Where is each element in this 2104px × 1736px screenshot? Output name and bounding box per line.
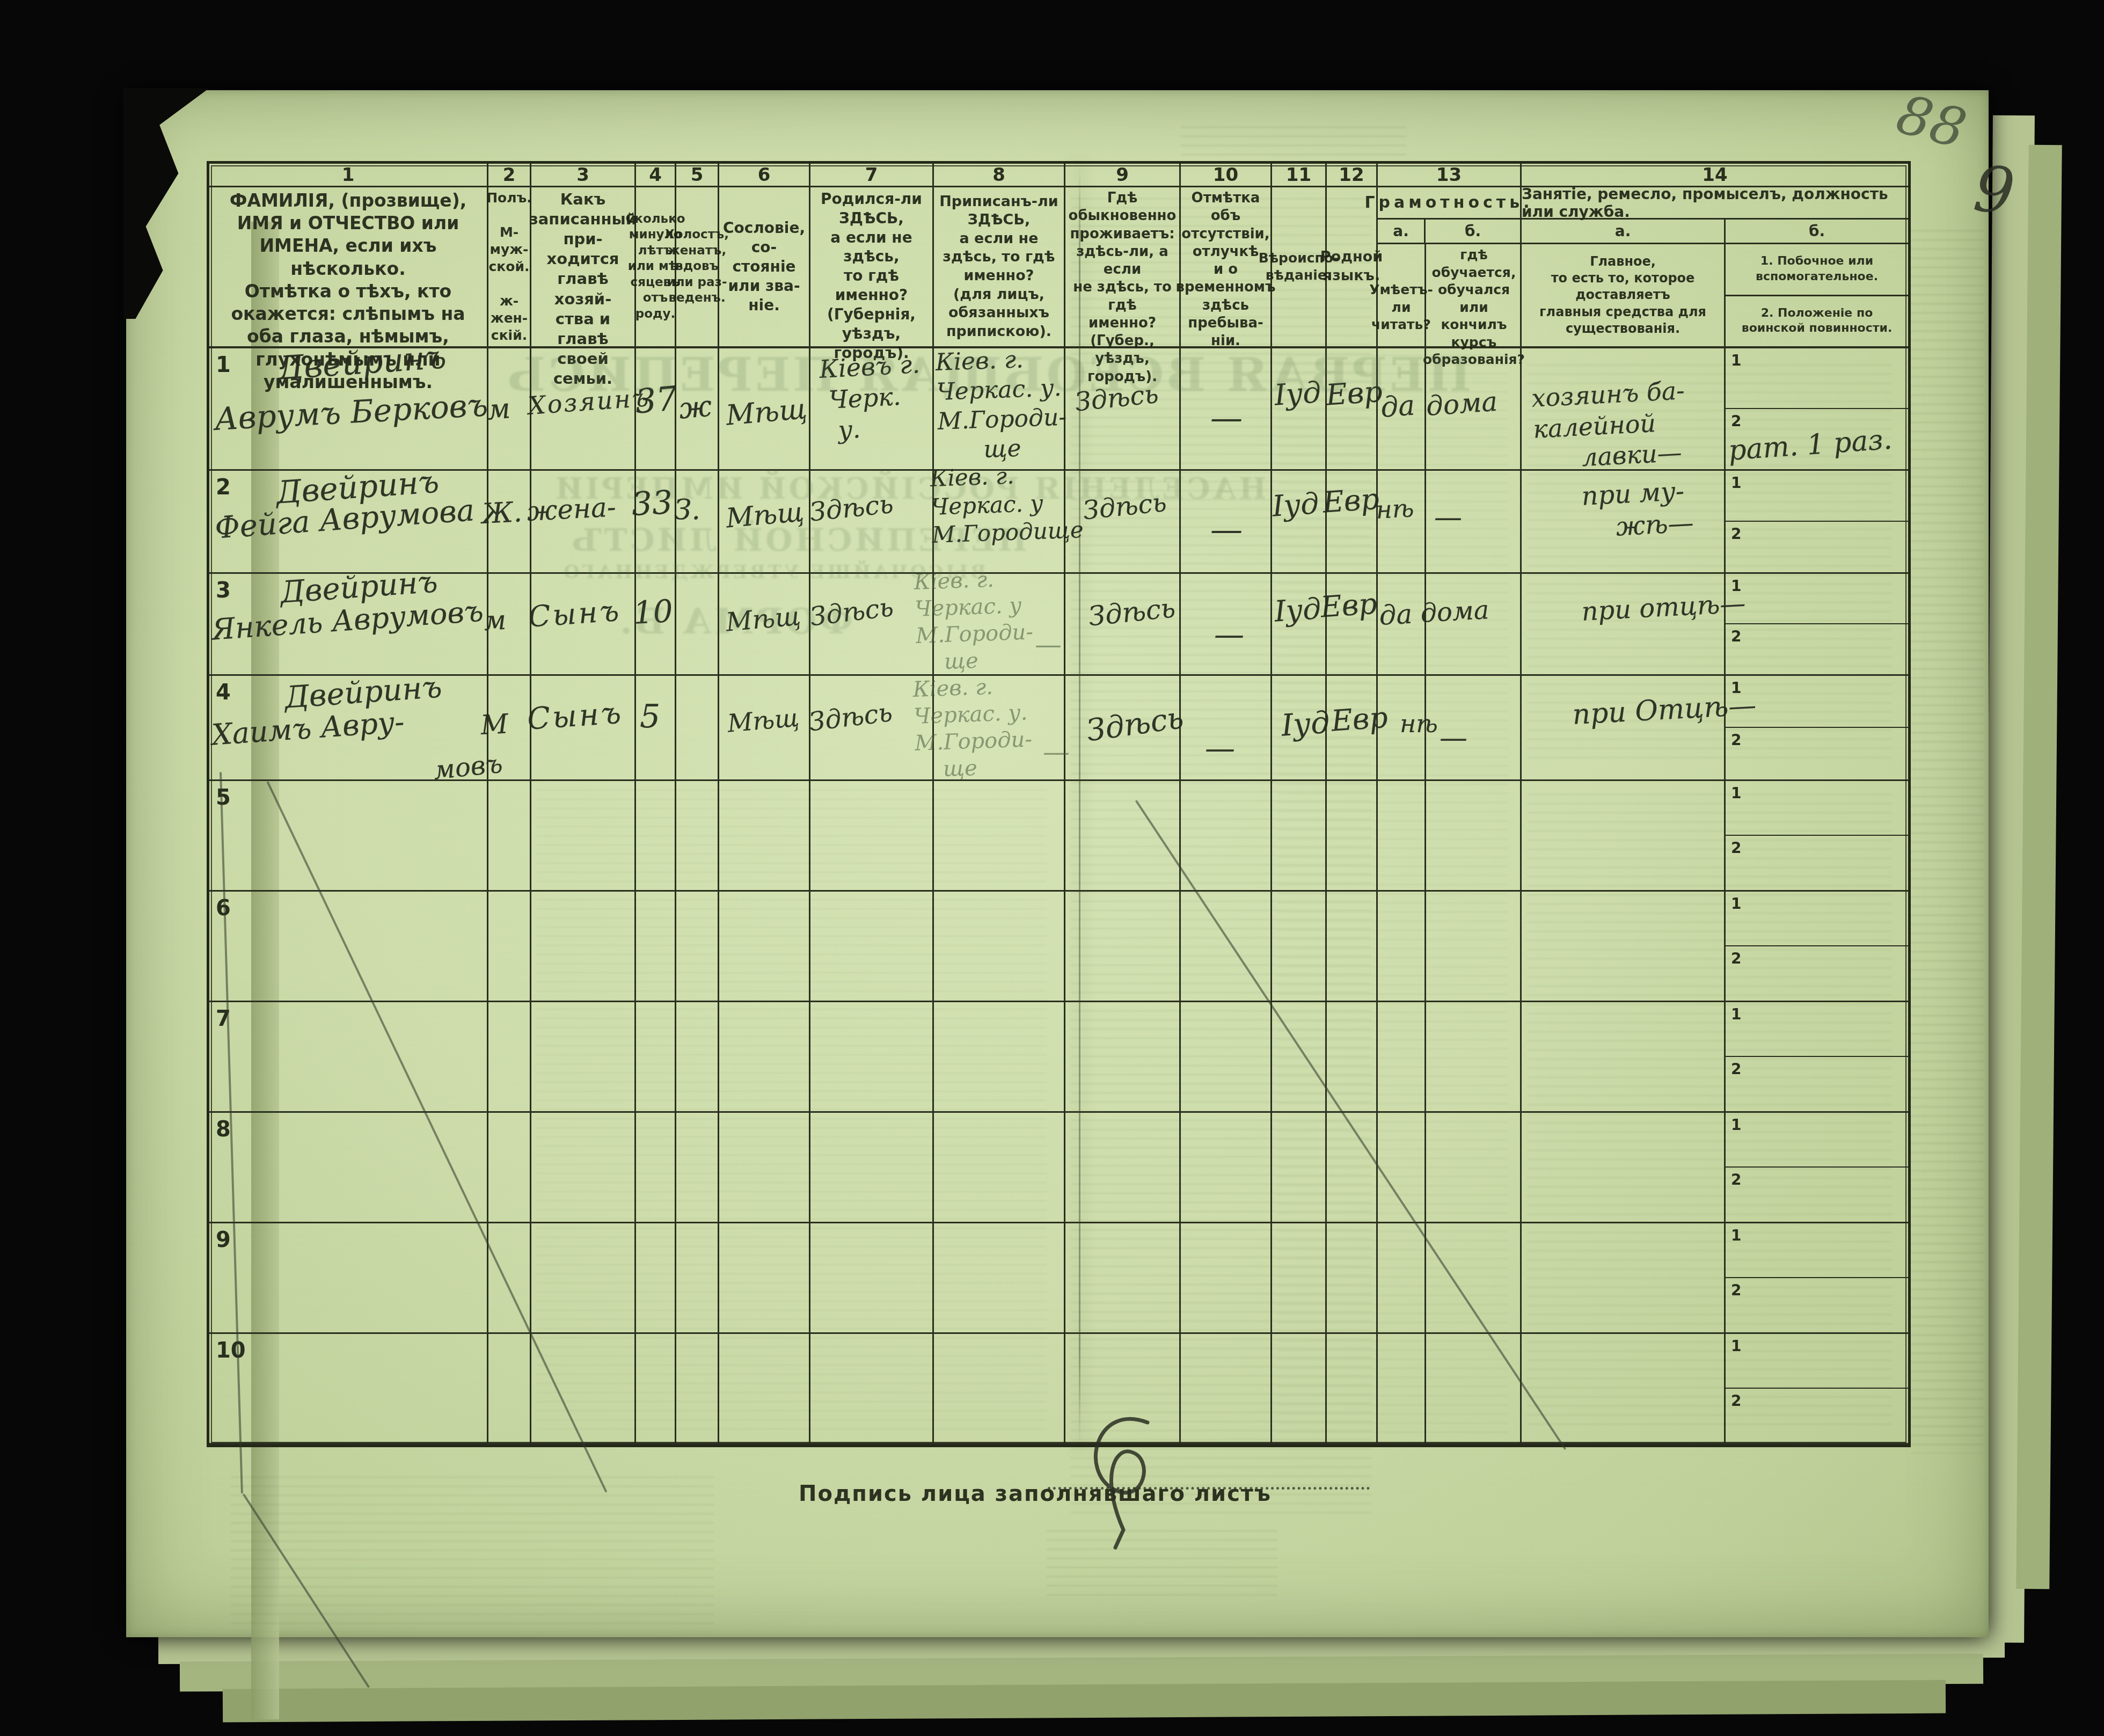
column-number: 8 [934,164,1064,187]
cell-estate [719,1113,810,1222]
cell-education [1426,574,1522,674]
cell-estate [719,348,810,469]
cell-age [636,574,676,674]
table-row: 3 1 2 [209,574,1908,676]
cell-can-read [1378,1334,1426,1443]
table-header: 1 ФАМИЛІЯ, (прозвище), ИМЯ и ОТЧЕСТВО ил… [209,164,1908,348]
subcell-number: 2 [1731,628,1741,645]
cell-marital [676,781,719,890]
cell-main-occupation [1522,1223,1726,1332]
subcell-military: 2 [1726,1389,1908,1443]
cell-marital [676,1002,719,1111]
cell-sex [488,1334,531,1443]
cell-religion [1272,348,1327,469]
cell-main-occupation [1522,676,1726,779]
subcell-number: 2 [1731,525,1741,543]
header-label-registration: Приписанъ-ли ЗДѢСЬ, а если не здѣсь, то … [934,187,1064,346]
cell-side-occupation: 1 2 [1726,1334,1908,1443]
table-row: 10 1 2 [209,1334,1908,1445]
header-col-9: 9 Гдѣ обыкновенно проживаетъ: здѣсь-ли, … [1065,164,1181,346]
header-sublabel-b: б. [1726,220,1908,243]
subcell-side: 1 [1726,1002,1908,1057]
row-number: 7 [216,1006,231,1031]
table-row: 7 1 2 [209,1002,1908,1113]
cell-residence [1065,781,1181,890]
cell-estate [719,1334,810,1443]
cell-sex [488,574,531,674]
subcell-military: 2 [1726,409,1908,470]
table-row: 1 1 2 [209,348,1908,471]
signature-flourish [1067,1409,1180,1554]
cell-language [1327,892,1378,1001]
cell-can-read [1378,1113,1426,1222]
cell-relation [531,348,636,469]
cell-birthplace [810,1334,934,1443]
cell-residence [1065,676,1181,779]
cell-absence [1181,1113,1272,1222]
cell-can-read [1378,471,1426,572]
cell-sex [488,348,531,469]
cell-age [636,676,676,779]
bleed-through-block [231,1476,714,1632]
row-number: 9 [216,1228,231,1252]
cell-name: 4 [209,676,488,779]
cell-marital [676,574,719,674]
cell-religion [1272,1113,1327,1222]
cell-registration [934,1223,1065,1332]
cell-estate [719,574,810,674]
cell-birthplace [810,1002,934,1111]
subcell-number: 1 [1731,577,1741,595]
bleed-through-block [1181,126,1406,156]
cell-estate [719,471,810,572]
table-row: 4 1 2 [209,676,1908,781]
header-desc-military-duty: 2. Положеніе по воинской повинности. [1726,296,1908,347]
cell-can-read [1378,781,1426,890]
subcell-number: 1 [1731,1116,1741,1134]
column-number: 9 [1065,164,1179,187]
subcell-number: 2 [1731,1060,1741,1078]
cell-name: 1 [209,348,488,469]
cell-side-occupation: 1 2 [1726,471,1908,572]
cell-can-read [1378,1223,1426,1332]
column-number: 5 [676,164,718,187]
cell-main-occupation [1522,574,1726,674]
header-title-literacy: Грамотность. [1378,187,1520,220]
subcell-number: 2 [1731,839,1741,857]
cell-relation [531,1223,636,1332]
subcell-side: 1 [1726,892,1908,946]
cell-name: 2 [209,471,488,572]
cell-estate [719,892,810,1001]
row-number: 4 [216,680,231,705]
cell-residence [1065,1113,1181,1222]
header-label-marital: Холостъ, женатъ, вдовъ или раз- веденъ. [676,187,718,346]
cell-registration [934,1002,1065,1111]
column-number: 10 [1181,164,1270,187]
cell-main-occupation [1522,471,1726,572]
header-label-absence: Отмѣтка объ отсутствіи, отлучкѣ и о врем… [1181,187,1270,352]
cell-relation [531,892,636,1001]
subcell-side: 1 [1726,1113,1908,1168]
cell-registration [934,574,1065,674]
cell-relation [531,1002,636,1111]
header-col-3: 3 Какъ записанный при- ходится главѣ хоз… [531,164,636,346]
cell-language [1327,1334,1378,1443]
cell-language [1327,574,1378,674]
cell-birthplace [810,1223,934,1332]
subcell-number: 2 [1731,731,1741,749]
cell-estate [719,676,810,779]
subcell-number: 1 [1731,895,1741,913]
cell-religion [1272,574,1327,674]
cell-education [1426,892,1522,1001]
cell-can-read [1378,1002,1426,1111]
row-number: 8 [216,1117,231,1142]
subcell-military: 2 [1726,624,1908,675]
cell-estate [719,1002,810,1111]
subcell-number: 1 [1731,352,1741,369]
cell-sex [488,1002,531,1111]
cell-residence [1065,348,1181,469]
cell-marital [676,471,719,572]
column-number: 4 [636,164,675,187]
cell-marital [676,1113,719,1222]
cell-marital [676,892,719,1001]
row-number: 6 [216,896,231,921]
cell-name: 3 [209,574,488,674]
header-label-sex: Полъ. М-муж- ской. ж-жен- скій. [488,187,530,346]
cell-religion [1272,781,1327,890]
header-label-birthplace: Родился-ли ЗДѢСЬ, а если не здѣсь, то гд… [810,187,932,364]
cell-age [636,1334,676,1443]
cell-residence [1065,892,1181,1001]
cell-absence [1181,574,1272,674]
column-number: 12 [1327,164,1376,187]
table-row: 2 1 2 [209,471,1908,574]
table-row: 6 1 2 [209,892,1908,1002]
subcell-number: 1 [1731,1005,1741,1023]
cell-name: 6 [209,892,488,1001]
header-col-7: 7 Родился-ли ЗДѢСЬ, а если не здѣсь, то … [810,164,934,346]
cell-religion [1272,1223,1327,1332]
cell-residence [1065,1223,1181,1332]
column-number: 2 [488,164,530,187]
cell-side-occupation: 1 2 [1726,676,1908,779]
cell-marital [676,1223,719,1332]
subcell-side: 1 [1726,1334,1908,1389]
header-col-2: 2 Полъ. М-муж- ской. ж-жен- скій. [488,164,531,346]
cell-absence [1181,1002,1272,1111]
cell-name: 9 [209,1223,488,1332]
cell-registration [934,676,1065,779]
header-sublabel-a: а. [1522,220,1726,243]
cell-estate [719,1223,810,1332]
subcell-side: 1 [1726,1223,1908,1278]
subcell-side: 1 [1726,471,1908,522]
header-col-11: 11 Вѣроиспо- вѣданіе. [1272,164,1327,346]
cell-religion [1272,676,1327,779]
cell-side-occupation: 1 2 [1726,892,1908,1001]
cell-age [636,1113,676,1222]
cell-relation [531,471,636,572]
cell-religion [1272,892,1327,1001]
cell-registration [934,781,1065,890]
cell-absence [1181,348,1272,469]
cell-relation [531,676,636,779]
cell-religion [1272,1002,1327,1111]
header-sublabel-a: а. [1378,220,1426,243]
row-number: 10 [216,1338,246,1363]
cell-sex [488,676,531,779]
cell-registration [934,1334,1065,1443]
cell-birthplace [810,574,934,674]
cell-education [1426,1113,1522,1222]
cell-birthplace [810,471,934,572]
cell-birthplace [810,348,934,469]
subcell-military: 2 [1726,1168,1908,1222]
census-sheet: 1 ФАМИЛІЯ, (прозвище), ИМЯ и ОТЧЕСТВО ил… [126,90,1989,1637]
cell-relation [531,1113,636,1222]
cell-age [636,781,676,890]
cell-sex [488,781,531,890]
cell-education [1426,676,1522,779]
subcell-side: 1 [1726,574,1908,624]
cell-language [1327,1223,1378,1332]
header-desc-main-occupation: Главное, то есть то, которое доставляетъ… [1522,244,1726,346]
cell-sex [488,892,531,1001]
cell-age [636,1002,676,1111]
column-number: 11 [1272,164,1325,187]
subcell-number: 2 [1731,1171,1741,1188]
bleed-through-block [1911,230,1983,1454]
subcell-number: 2 [1731,412,1741,430]
cell-language [1327,1002,1378,1111]
cell-language [1327,471,1378,572]
cell-marital [676,676,719,779]
subcell-side: 1 [1726,781,1908,836]
header-desc-side-occupation: 1. Побочное или вспомогательное. [1726,244,1908,296]
cell-education [1426,1223,1522,1332]
row-number: 3 [216,578,231,603]
row-number: 5 [216,785,231,810]
cell-side-occupation: 1 2 [1726,781,1908,890]
cell-sex [488,1113,531,1222]
cell-registration [934,892,1065,1001]
cell-name: 8 [209,1113,488,1222]
subcell-side: 1 [1726,348,1908,409]
cell-age [636,1223,676,1332]
column-number: 6 [719,164,809,187]
cell-can-read [1378,348,1426,469]
column-number: 7 [810,164,932,187]
page-fold-crease [1079,158,1080,1452]
subcell-military: 2 [1726,728,1908,780]
cell-main-occupation [1522,781,1726,890]
cell-sex [488,1223,531,1332]
cell-relation [531,574,636,674]
cell-absence [1181,781,1272,890]
cell-residence [1065,1002,1181,1111]
header-col-6: 6 Сословіе, со- стояніе или зва- ніе. [719,164,810,346]
cell-birthplace [810,781,934,890]
table-row: 5 1 2 [209,781,1908,892]
cell-registration [934,1113,1065,1222]
header-title-occupation: Занятіе, ремесло, промыселъ, должность и… [1522,187,1908,220]
header-label-estate: Сословіе, со- стояніе или зва- ніе. [719,187,809,346]
cell-name: 5 [209,781,488,890]
cell-main-occupation [1522,1113,1726,1222]
cell-age [636,892,676,1001]
table-row: 9 1 2 [209,1223,1908,1334]
subcell-number: 1 [1731,679,1741,697]
cell-language [1327,676,1378,779]
column-number: 1 [209,164,487,187]
cell-absence [1181,676,1272,779]
row-number: 2 [216,475,231,500]
cell-age [636,348,676,469]
cell-education [1426,471,1522,572]
cell-side-occupation: 1 2 [1726,348,1908,469]
subcell-side: 1 [1726,676,1908,728]
table-body: 1 1 2 2 1 2 [209,348,1908,1445]
cell-registration [934,471,1065,572]
cell-birthplace [810,892,934,1001]
cell-main-occupation [1522,348,1726,469]
subcell-number: 1 [1731,784,1741,802]
cell-birthplace [810,676,934,779]
cell-religion [1272,1334,1327,1443]
subcell-number: 2 [1731,1281,1741,1299]
cell-language [1327,348,1378,469]
cell-residence [1065,471,1181,572]
cell-absence [1181,1223,1272,1332]
cell-can-read [1378,574,1426,674]
cell-relation [531,781,636,890]
cell-side-occupation: 1 2 [1726,574,1908,674]
cell-relation [531,1334,636,1443]
cell-main-occupation [1522,1334,1726,1443]
cell-residence [1065,574,1181,674]
cell-religion [1272,471,1327,572]
cell-name: 10 [209,1334,488,1443]
cell-name: 7 [209,1002,488,1111]
subcell-military: 2 [1726,1057,1908,1112]
cell-can-read [1378,892,1426,1001]
cell-marital [676,1334,719,1443]
subcell-military: 2 [1726,1278,1908,1333]
header-col-1: 1 ФАМИЛІЯ, (прозвище), ИМЯ и ОТЧЕСТВО ил… [209,164,488,346]
subcell-number: 2 [1731,1392,1741,1410]
table-row: 8 1 2 [209,1113,1908,1223]
cell-side-occupation: 1 2 [1726,1223,1908,1332]
subcell-military: 2 [1726,946,1908,1001]
cell-absence [1181,471,1272,572]
subcell-number: 2 [1731,950,1741,967]
subcell-military: 2 [1726,522,1908,573]
subcell-number: 1 [1731,474,1741,492]
column-number: 13 [1378,164,1520,187]
subcell-number: 1 [1731,1337,1741,1355]
cell-education [1426,348,1522,469]
cell-side-occupation: 1 2 [1726,1113,1908,1222]
cell-main-occupation [1522,1002,1726,1111]
cell-language [1327,1113,1378,1222]
cell-estate [719,781,810,890]
cell-birthplace [810,1113,934,1222]
cell-education [1426,1334,1522,1443]
cell-absence [1181,1334,1272,1443]
cell-education [1426,1002,1522,1111]
column-number: 3 [531,164,634,187]
subcell-military: 2 [1726,836,1908,891]
cell-sex [488,471,531,572]
cell-age [636,471,676,572]
cell-absence [1181,892,1272,1001]
cell-language [1327,781,1378,890]
cell-main-occupation [1522,892,1726,1001]
row-number: 1 [216,353,231,377]
header-col-5: 5 Холостъ, женатъ, вдовъ или раз- веденъ… [676,164,719,346]
subcell-number: 1 [1731,1227,1741,1244]
header-col-14: 14 Занятіе, ремесло, промыселъ, должност… [1522,164,1908,346]
header-label-religion: Вѣроиспо- вѣданіе. [1272,187,1325,346]
page-number-handwritten: 9 [1970,151,2018,229]
cell-marital [676,348,719,469]
header-sublabel-b: б. [1426,220,1520,243]
cell-registration [934,348,1065,469]
cell-side-occupation: 1 2 [1726,1002,1908,1111]
cell-education [1426,781,1522,890]
census-table: 1 ФАМИЛІЯ, (прозвище), ИМЯ и ОТЧЕСТВО ил… [207,161,1911,1447]
header-col-13: 13 Грамотность. а. б. Умѣетъ- ли читать?… [1378,164,1522,346]
column-number: 14 [1522,164,1908,187]
header-col-8: 8 Приписанъ-ли ЗДѢСЬ, а если не здѣсь, т… [934,164,1065,346]
signature-label: Подпись лица заполнявшаго листъ [799,1482,1272,1506]
cell-can-read [1378,676,1426,779]
